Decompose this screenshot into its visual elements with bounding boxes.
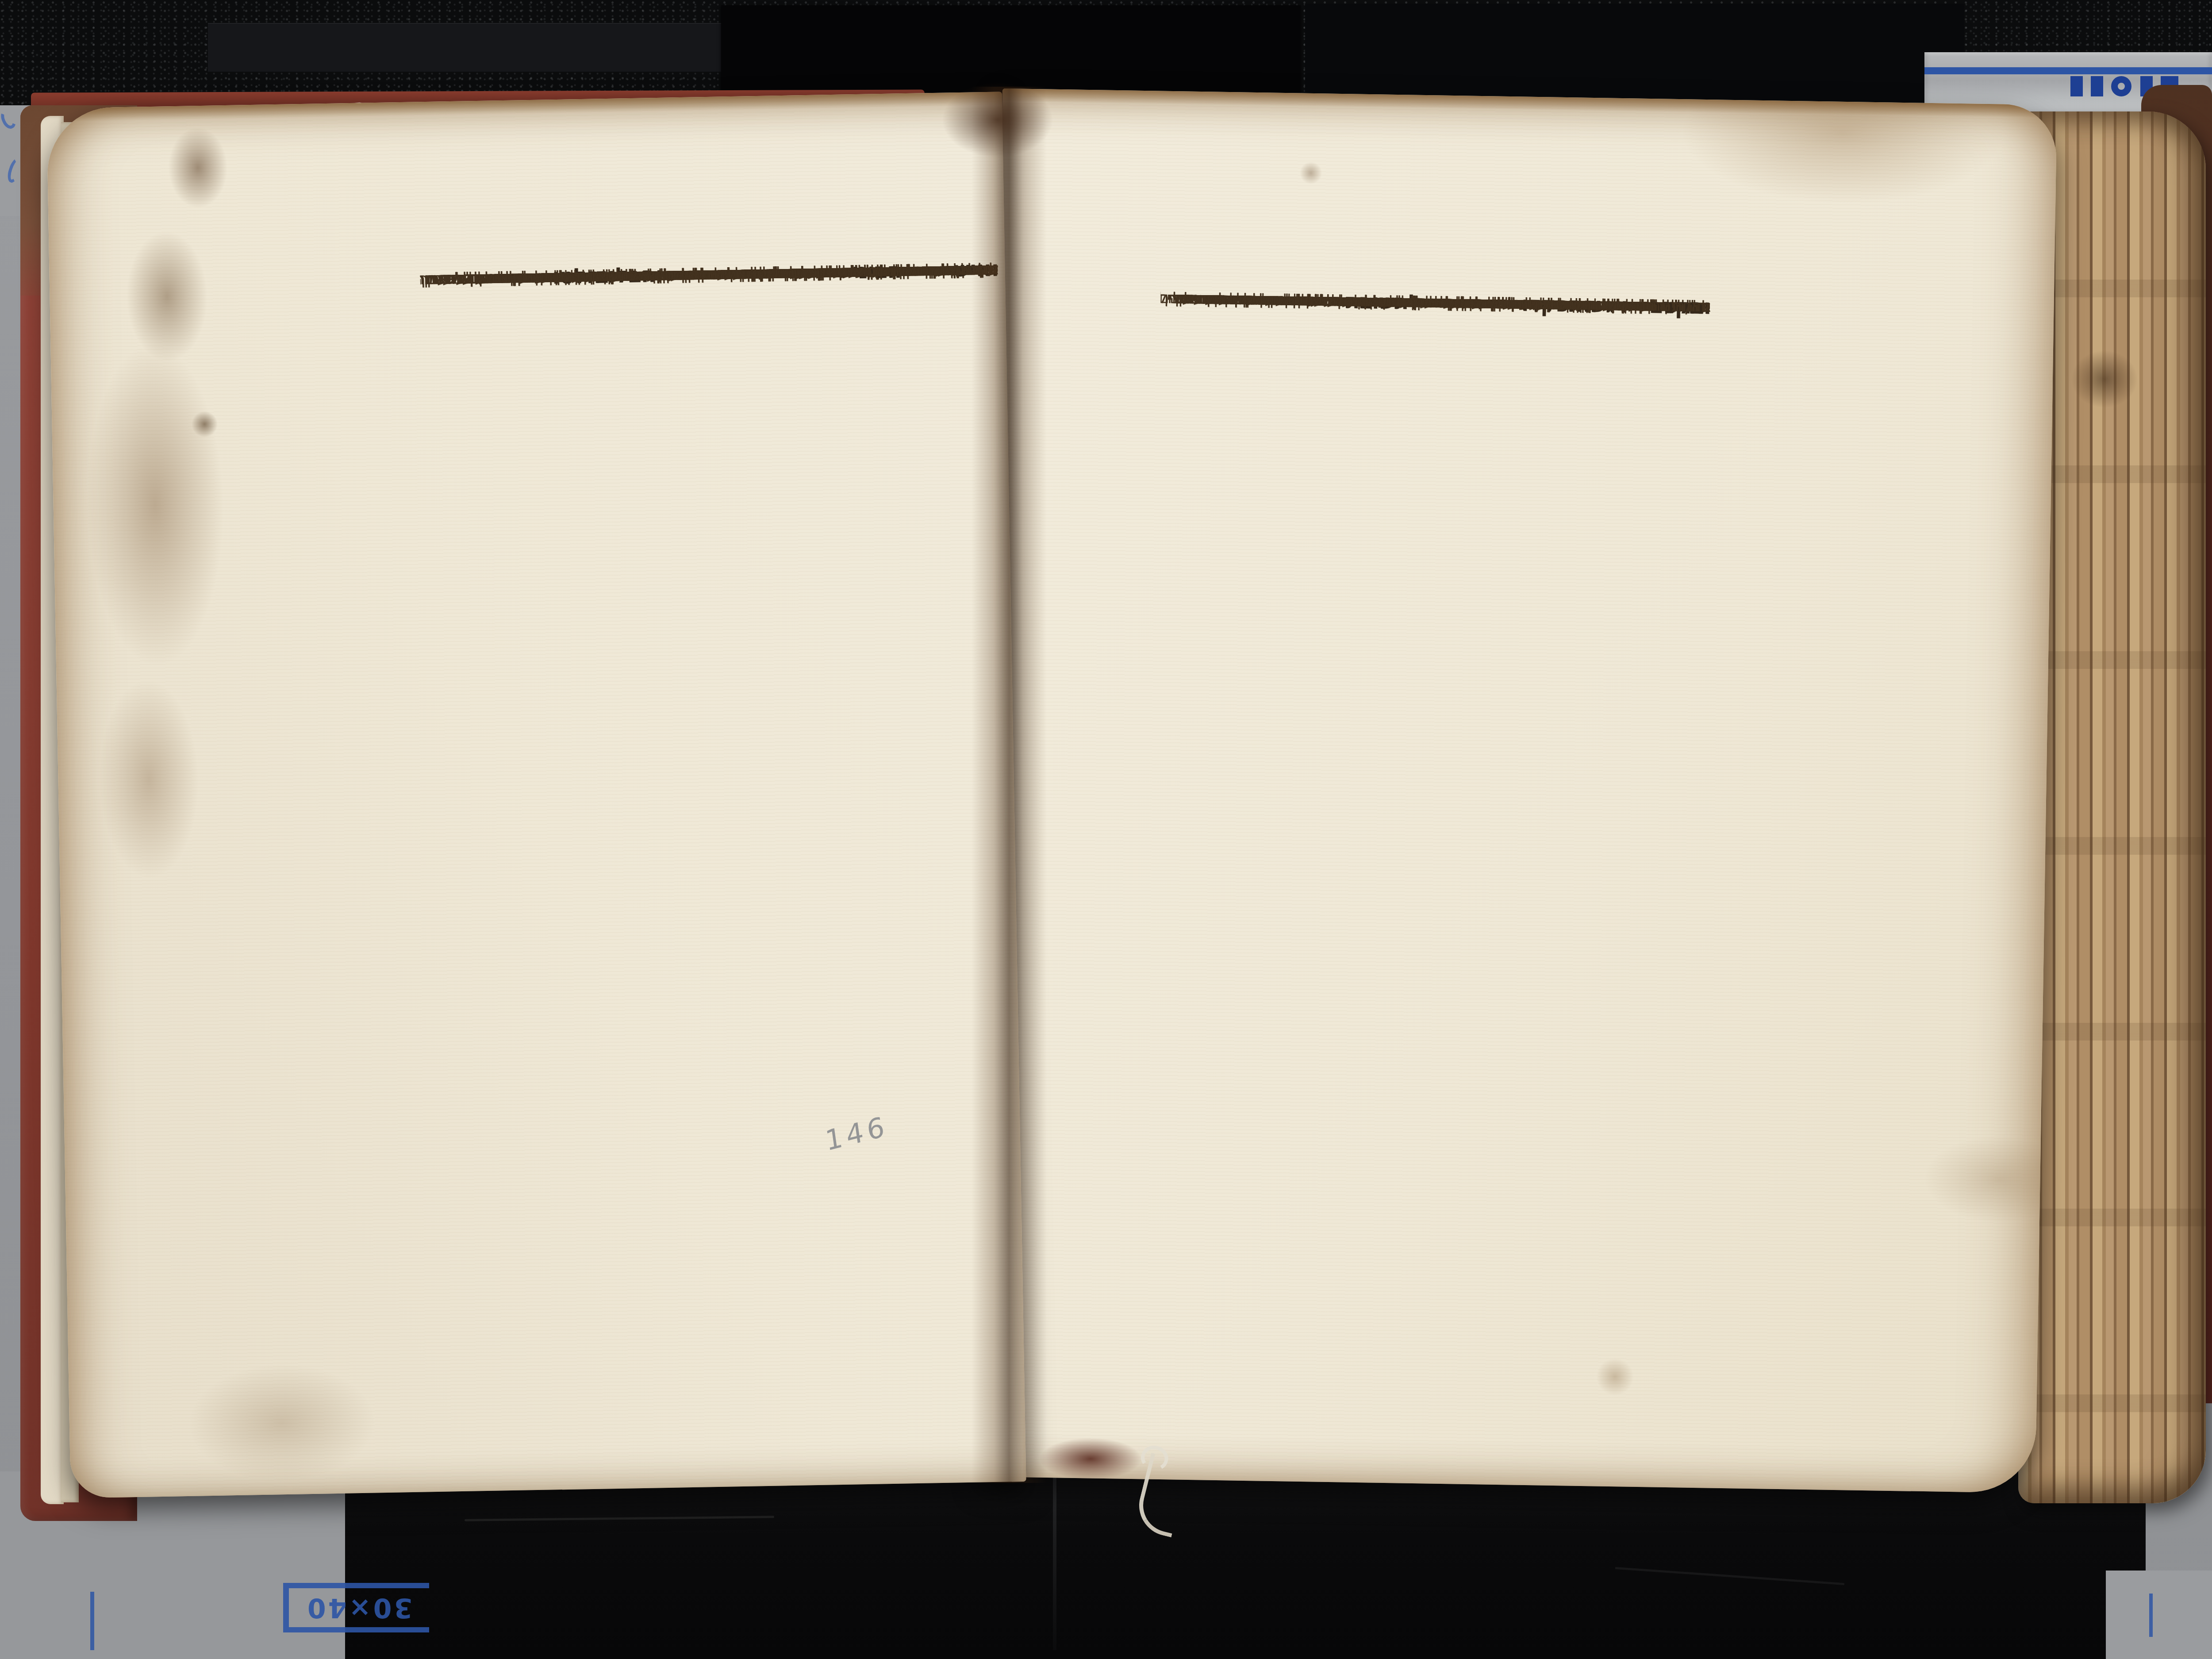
letter-fragment bbox=[2111, 76, 2131, 96]
fore-edge-stain bbox=[2071, 350, 2138, 408]
gutter-bottom-gap bbox=[1040, 1438, 1141, 1480]
size-stamp-text: 30×40 bbox=[305, 1592, 412, 1623]
blue-guide-line bbox=[90, 1592, 94, 1650]
scratch-mark bbox=[1053, 1460, 1056, 1650]
gutter-shadow bbox=[972, 87, 1047, 1483]
right-page: הסוסים ועל הרכב והם באים אחריהם והיו מכי… bbox=[981, 88, 2057, 1493]
clamp-plate-right bbox=[1305, 4, 1964, 103]
table-surface-bottom-right bbox=[2106, 1571, 2212, 1659]
manuscript-photo-scene: 30×40 הסוסים ועל הרכב והם באים אחריהם וה… bbox=[0, 0, 2212, 1659]
letter-fragment bbox=[2070, 76, 2083, 96]
left-page: וכן הדר נס וכן העיר עם עבדיו הקרובים אלי… bbox=[46, 92, 1026, 1498]
blue-stripe bbox=[1924, 67, 2212, 74]
letter-fragment bbox=[2091, 76, 2103, 96]
clamp-plate-center bbox=[721, 5, 1301, 93]
left-page-text: וכן הדר נס וכן העיר עם עבדיו הקרובים אלי… bbox=[420, 256, 1013, 1107]
gutter-top-stain bbox=[942, 82, 1053, 157]
blue-guide-line bbox=[2149, 1594, 2153, 1637]
clamp-plate-left bbox=[208, 23, 743, 72]
right-page-text: הסוסים ועל הרכב והם באים אחריהם והיו מכי… bbox=[1148, 286, 1711, 1113]
size-stamp-30x40: 30×40 bbox=[283, 1583, 429, 1632]
